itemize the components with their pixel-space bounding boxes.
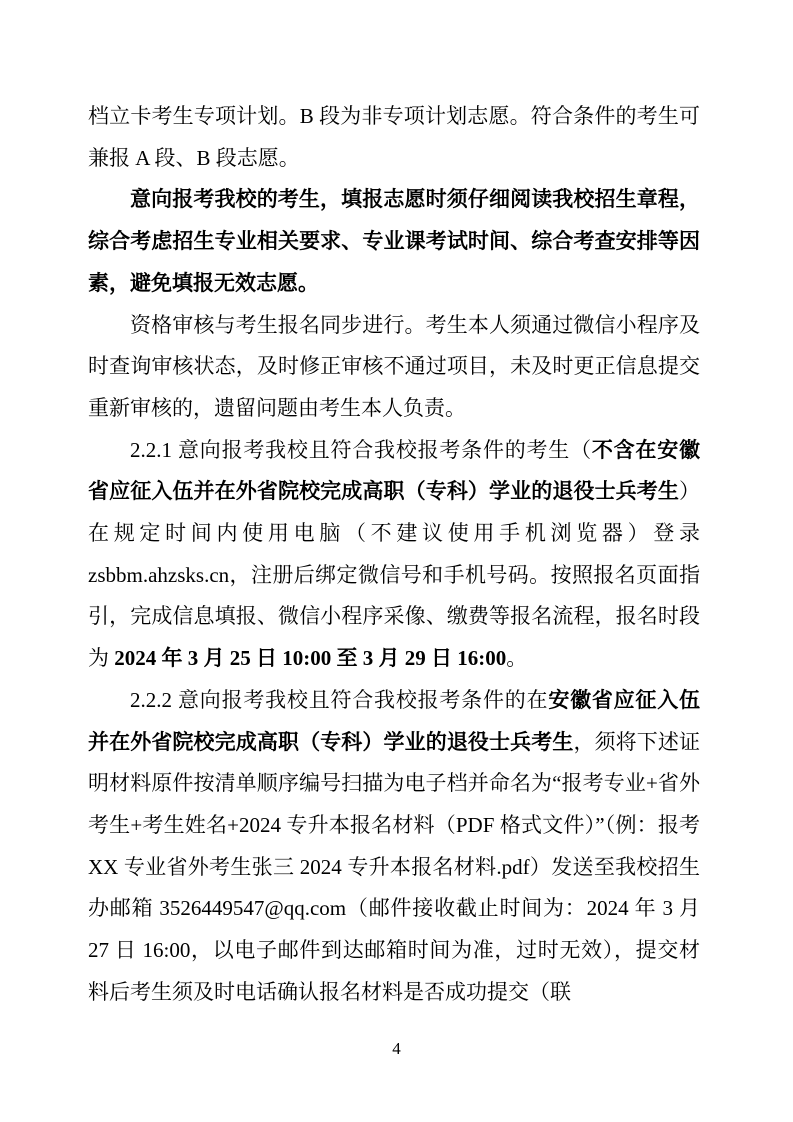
- text-segment: 意向报考我校的考生，填报志愿时须仔细阅读我校招生章程，综合考虑招生专业相关要求、…: [88, 188, 700, 294]
- paragraph: 2.2.2 意向报考我校且符合我校报考条件的在安徽省应征入伍并在外省院校完成高职…: [88, 680, 700, 1014]
- text-segment: 2024 年 3 月 25 日 10:00 至 3 月 29 日 16:00: [114, 646, 506, 670]
- page-number: 4: [392, 1039, 401, 1058]
- page-footer: 4: [0, 1038, 793, 1060]
- paragraph: 资格审核与考生报名同步进行。考生本人须通过微信小程序及时查询审核状态，及时修正审…: [88, 305, 700, 430]
- text-segment: 档立卡考生专项计划。B 段为非专项计划志愿。符合条件的考生可兼报 A 段、B 段…: [88, 104, 700, 170]
- paragraph: 档立卡考生专项计划。B 段为非专项计划志愿。符合条件的考生可兼报 A 段、B 段…: [88, 96, 700, 179]
- text-segment: ）在规定时间内使用电脑（不建议使用手机浏览器）登录 zsbbm.ahzsks.c…: [88, 479, 700, 670]
- text-segment: 资格审核与考生报名同步进行。考生本人须通过微信小程序及时查询审核状态，及时修正审…: [88, 313, 700, 420]
- paragraph: 意向报考我校的考生，填报志愿时须仔细阅读我校招生章程，综合考虑招生专业相关要求、…: [88, 179, 700, 304]
- text-segment: 2.2.1 意向报考我校且符合我校报考条件的考生（: [130, 438, 592, 462]
- text-segment: ，须将下述证明材料原件按清单顺序编号扫描为电子档并命名为“报考专业+省外考生+考…: [88, 730, 700, 1004]
- document-page: 档立卡考生专项计划。B 段为非专项计划志愿。符合条件的考生可兼报 A 段、B 段…: [0, 0, 793, 1122]
- text-segment: 。: [506, 646, 527, 670]
- paragraph: 2.2.1 意向报考我校且符合我校报考条件的考生（不含在安徽省应征入伍并在外省院…: [88, 430, 700, 680]
- text-segment: 2.2.2 意向报考我校且符合我校报考条件的在: [130, 688, 548, 712]
- document-body: 档立卡考生专项计划。B 段为非专项计划志愿。符合条件的考生可兼报 A 段、B 段…: [88, 96, 700, 1013]
